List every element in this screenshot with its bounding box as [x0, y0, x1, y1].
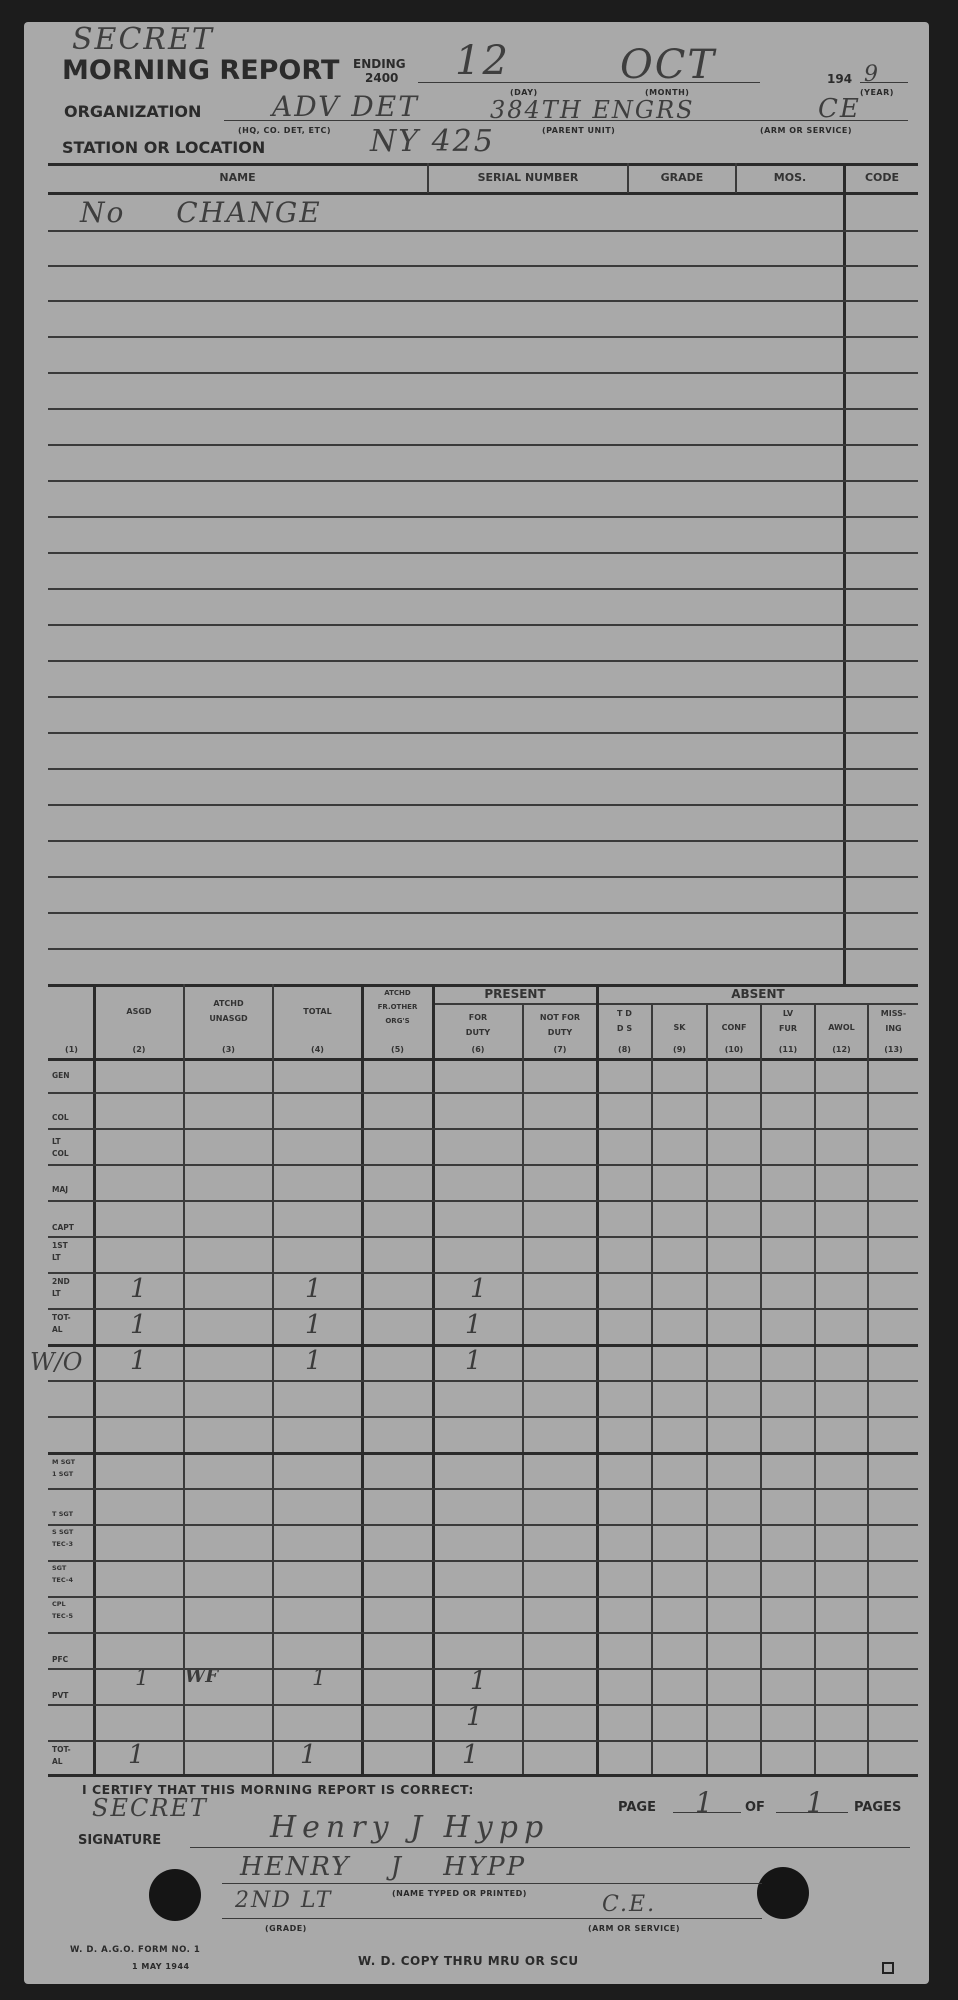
row-label-lt-col-line1: LT — [52, 1136, 69, 1148]
year-prefix: 194 — [827, 72, 852, 86]
row-label-lt-col-line2: COL — [52, 1148, 69, 1160]
absent-group-header: ABSENT — [598, 986, 918, 1002]
header-arm-caption: (ARM OR SERVICE) — [760, 126, 852, 135]
code-column-divider — [843, 163, 846, 985]
typed-name-caption: (NAME TYPED OR PRINTED) — [392, 1889, 527, 1898]
row-label-officer-total-line1: TOT- — [52, 1312, 71, 1324]
name-row-line — [48, 552, 918, 554]
name-row-line — [48, 588, 918, 590]
strength-row-line — [48, 1164, 918, 1166]
name-row-line — [48, 336, 918, 338]
row-label-1st-lt: 1STLT — [52, 1240, 68, 1264]
row-label-1sgt-line2: 1 SGT — [52, 1468, 75, 1480]
col-number-5: (5) — [363, 1042, 432, 1057]
signature-label: SIGNATURE — [78, 1833, 161, 1848]
col-number-11: (11) — [762, 1042, 814, 1057]
name-row-line — [48, 480, 918, 482]
ending-label-line2: 2400 — [353, 71, 406, 85]
grade-column-header: GRADE — [629, 170, 735, 185]
col-divider — [867, 1003, 869, 1774]
strength-row-line — [48, 1524, 918, 1526]
name-row-line — [48, 372, 918, 374]
serial-column-header: SERIAL NUMBER — [429, 170, 627, 185]
not-for-duty-header: NOT FOR DUTY — [524, 1010, 596, 1040]
name-row-line — [48, 768, 918, 770]
punch-hole-right — [757, 1867, 809, 1919]
row-label-gen: GEN — [52, 1070, 70, 1082]
parent-unit-caption: (PARENT UNIT) — [542, 126, 615, 135]
col-number-12: (12) — [816, 1042, 867, 1057]
name-column-header: NAME — [48, 170, 427, 185]
row-label-pfc: PFC — [52, 1654, 68, 1666]
missing-line1: MISS- — [869, 1006, 918, 1021]
certification-classification: SECRET — [92, 1794, 208, 1822]
grade-caption: (GRADE) — [265, 1924, 307, 1933]
cell-wo-asgd[interactable]: 1 — [130, 1346, 147, 1376]
awol-header: AWOL — [816, 1020, 867, 1035]
col-divider — [183, 984, 185, 1774]
strength-row-line — [48, 1380, 918, 1382]
station-value[interactable]: NY 425 — [370, 124, 495, 159]
name-row-line — [48, 840, 918, 842]
tdds-line1: T D — [598, 1006, 651, 1021]
strength-row-line — [48, 1704, 918, 1706]
grade-arm-underline — [222, 1918, 762, 1919]
name-row-line — [48, 912, 918, 914]
tdds-header: T D D S — [598, 1006, 651, 1036]
row-label-sgt-line1: SGT — [52, 1562, 73, 1574]
col-number-2: (2) — [95, 1042, 183, 1057]
col-number-1: (1) — [50, 1042, 93, 1057]
cell-blank-row-for-duty[interactable]: 1 — [466, 1702, 483, 1732]
organization-caption: (HQ, CO. DET, ETC) — [238, 126, 331, 135]
cell-pvt-total[interactable]: 1 — [312, 1666, 326, 1691]
row-label-enlisted-total-line1: TOT- — [52, 1744, 71, 1756]
organization-value[interactable]: ADV DET — [272, 90, 419, 123]
strength-row-line — [48, 1200, 918, 1202]
header-arm-value[interactable]: CE — [818, 94, 861, 124]
col-number-7: (7) — [524, 1042, 596, 1057]
row-label-ssgt-tec3: S SGTTEC-3 — [52, 1526, 73, 1550]
punch-hole-left — [149, 1869, 201, 1921]
row-label-2nd-lt-line1: 2ND — [52, 1276, 70, 1288]
year-underline — [860, 82, 908, 83]
row-label-msgt-1sgt: M SGT1 SGT — [52, 1456, 75, 1480]
sk-header: SK — [653, 1020, 706, 1035]
routing-instruction: W. D. COPY THRU MRU OR SCU — [358, 1954, 579, 1968]
typed-name-underline — [222, 1883, 762, 1884]
row-label-col: COL — [52, 1112, 69, 1124]
col-divider — [432, 984, 435, 1774]
cell-2nd-lt-for-duty[interactable]: 1 — [470, 1274, 487, 1304]
col-divider — [760, 1003, 762, 1774]
ending-month-value[interactable]: OCT — [620, 42, 716, 88]
cell-pvt-atchd-unasgd[interactable]: WF — [185, 1666, 218, 1687]
for-duty-line2: DUTY — [434, 1025, 522, 1040]
page-total-value[interactable]: 1 — [806, 1786, 826, 1819]
for-duty-line1: FOR — [434, 1010, 522, 1025]
col-number-6: (6) — [434, 1042, 522, 1057]
atchd-other-line2: FR.OTHER — [363, 1000, 432, 1014]
col-divider — [596, 984, 599, 1774]
name-table-top-border — [48, 163, 918, 166]
present-absent-subheader-line — [432, 1003, 918, 1005]
row-label-lt-col: LTCOL — [52, 1136, 69, 1160]
lvfur-line1: LV — [762, 1006, 814, 1021]
strength-row-line — [48, 1488, 918, 1490]
row-label-2nd-lt-line2: LT — [52, 1288, 70, 1300]
grade-value[interactable]: 2ND LT — [235, 1888, 332, 1913]
col-number-3: (3) — [185, 1042, 272, 1057]
row-label-officer-total-line2: AL — [52, 1324, 71, 1336]
strength-row-line — [48, 1632, 918, 1634]
name-row-line — [48, 265, 918, 267]
row-label-ssgt-line1: S SGT — [52, 1526, 73, 1538]
signature-value[interactable]: Henry J Hypp — [270, 1810, 549, 1845]
ending-label: ENDING 2400 — [353, 57, 406, 85]
name-row-line — [48, 732, 918, 734]
of-label: OF — [745, 1800, 765, 1815]
row-label-tec5-line2: TEC-5 — [52, 1610, 73, 1622]
conf-header: CONF — [708, 1020, 760, 1035]
cell-enlisted-total-asgd[interactable]: 1 — [128, 1740, 145, 1770]
name-row-line — [48, 624, 918, 626]
typed-name-value[interactable]: HENRY J HYPP — [240, 1852, 526, 1882]
lvfur-header: LV FUR — [762, 1006, 814, 1036]
code-column-header: CODE — [846, 170, 918, 185]
cell-enlisted-total-total[interactable]: 1 — [300, 1740, 317, 1770]
cell-officer-total-for-duty[interactable]: 1 — [465, 1310, 482, 1340]
form-date: 1 MAY 1944 — [132, 1962, 190, 1971]
name-row-line — [48, 516, 918, 518]
cert-arm-caption: (ARM OR SERVICE) — [588, 1924, 680, 1933]
missing-header: MISS- ING — [869, 1006, 918, 1036]
row-label-tsgt: T SGT — [52, 1508, 73, 1520]
atchd-unasgd-header: ATCHD UNASGD — [185, 996, 272, 1026]
station-label: STATION OR LOCATION — [62, 138, 265, 157]
name-table-header-border — [48, 192, 918, 195]
missing-line2: ING — [869, 1021, 918, 1036]
total-header: TOTAL — [274, 1004, 361, 1019]
form-id: W. D. A.G.O. FORM NO. 1 — [70, 1945, 200, 1955]
cell-wo-for-duty[interactable]: 1 — [465, 1346, 482, 1376]
col-divider — [361, 984, 364, 1774]
row-label-tec3-line2: TEC-3 — [52, 1538, 73, 1550]
atchd-unasgd-line2: UNASGD — [185, 1011, 272, 1026]
name-row-line — [48, 660, 918, 662]
atchd-other-line3: ORG'S — [363, 1014, 432, 1028]
name-row-line — [48, 876, 918, 878]
cert-arm-value[interactable]: C.E. — [602, 1892, 656, 1917]
cell-wo-total[interactable]: 1 — [305, 1346, 322, 1376]
strength-row-line — [48, 1416, 918, 1418]
parent-unit-value[interactable]: 384TH ENGRS — [490, 96, 695, 124]
row-label-cpl-line1: CPL — [52, 1598, 73, 1610]
row-label-sgt-tec4: SGTTEC-4 — [52, 1562, 73, 1586]
signature-underline — [190, 1847, 910, 1848]
lvfur-line2: FUR — [762, 1021, 814, 1036]
row-label-msgt-line1: M SGT — [52, 1456, 75, 1468]
row-label-pvt: PVT — [52, 1690, 68, 1702]
strength-row-line — [48, 1740, 918, 1742]
row-label-officer-total: TOT-AL — [52, 1312, 71, 1336]
name-entry-1[interactable]: No CHANGE — [80, 196, 322, 229]
cell-officer-total-total[interactable]: 1 — [305, 1310, 322, 1340]
year-suffix-value[interactable]: 9 — [864, 62, 880, 87]
row-label-cpl-tec5: CPLTEC-5 — [52, 1598, 73, 1622]
col-divider — [651, 1003, 653, 1774]
cell-2nd-lt-asgd[interactable]: 1 — [130, 1274, 147, 1304]
strength-row-line — [48, 1596, 918, 1598]
row-label-1st-lt-line1: 1ST — [52, 1240, 68, 1252]
name-row-line — [48, 696, 918, 698]
row-label-tec4-line2: TEC-4 — [52, 1574, 73, 1586]
atchd-unasgd-line1: ATCHD — [185, 996, 272, 1011]
asgd-header: ASGD — [95, 1004, 183, 1019]
col-number-9: (9) — [653, 1042, 706, 1057]
not-for-duty-line1: NOT FOR — [524, 1010, 596, 1025]
row-label-1st-lt-line2: LT — [52, 1252, 68, 1264]
form-title: MORNING REPORT — [62, 55, 339, 86]
row-label-wo: W/O — [30, 1348, 82, 1376]
corner-square-icon — [882, 1962, 894, 1974]
name-row-line — [48, 948, 918, 950]
page-number-value[interactable]: 1 — [695, 1786, 715, 1819]
strength-row-line — [48, 1236, 918, 1238]
cell-2nd-lt-total[interactable]: 1 — [305, 1274, 322, 1304]
row-label-capt: CAPT — [52, 1222, 74, 1234]
col-number-8: (8) — [598, 1042, 651, 1057]
row-label-enlisted-total: TOT-AL — [52, 1744, 71, 1768]
name-row-line — [48, 444, 918, 446]
name-row-line — [48, 300, 918, 302]
col-divider — [272, 984, 274, 1774]
strength-row-line — [48, 1092, 918, 1094]
present-group-header: PRESENT — [434, 986, 596, 1002]
col-divider — [522, 1003, 524, 1774]
strength-row-line — [48, 1560, 918, 1562]
pages-label: PAGES — [854, 1800, 901, 1815]
atchd-other-header: ATCHD FR.OTHER ORG'S — [363, 986, 432, 1028]
enlisted-section-line — [48, 1452, 918, 1455]
col-divider — [706, 1003, 708, 1774]
row-label-enlisted-total-line2: AL — [52, 1756, 71, 1768]
name-row-line — [48, 408, 918, 410]
cell-enlisted-total-for-duty[interactable]: 1 — [462, 1740, 479, 1770]
name-row-line — [48, 230, 918, 232]
for-duty-header: FOR DUTY — [434, 1010, 522, 1040]
organization-label: ORGANIZATION — [64, 102, 201, 121]
ending-day-value[interactable]: 12 — [455, 38, 510, 84]
col-number-10: (10) — [708, 1042, 760, 1057]
name-row-line — [48, 804, 918, 806]
col-number-4: (4) — [274, 1042, 361, 1057]
officer-total-line — [48, 1344, 918, 1347]
col-divider — [93, 984, 96, 1774]
row-label-2nd-lt: 2NDLT — [52, 1276, 70, 1300]
cell-pvt-asgd[interactable]: 1 — [135, 1666, 149, 1691]
row-label-maj: MAJ — [52, 1184, 68, 1196]
ending-label-line1: ENDING — [353, 57, 406, 71]
strength-table-header-border — [48, 1058, 918, 1061]
cell-pvt-for-duty[interactable]: 1 — [470, 1666, 487, 1696]
cell-officer-total-asgd[interactable]: 1 — [130, 1310, 147, 1340]
tdds-line2: D S — [598, 1021, 651, 1036]
col-divider — [814, 1003, 816, 1774]
year-caption: (YEAR) — [860, 88, 894, 97]
strength-row-line — [48, 1308, 918, 1310]
strength-row-line — [48, 1128, 918, 1130]
mos-column-header: MOS. — [737, 170, 843, 185]
not-for-duty-line2: DUTY — [524, 1025, 596, 1040]
page-label: PAGE — [618, 1800, 656, 1815]
strength-table-bottom-border — [48, 1774, 918, 1777]
atchd-other-line1: ATCHD — [363, 986, 432, 1000]
col-number-13: (13) — [869, 1042, 918, 1057]
classification-stamp-top: SECRET — [72, 22, 214, 57]
